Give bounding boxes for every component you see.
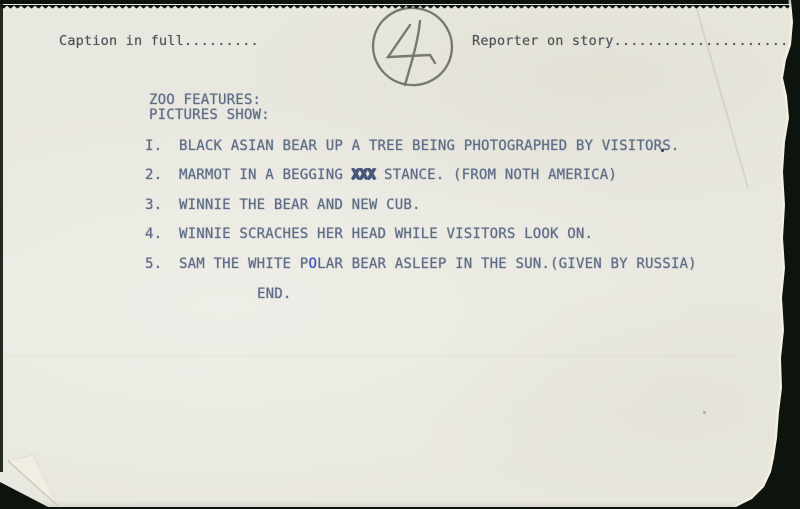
item-number: 2. bbox=[145, 167, 179, 183]
caption-list-item: I.BLACK ASIAN BEAR UP A TREE BEING PHOTO… bbox=[145, 138, 679, 154]
item-text: STANCE. (FROM NOTH AMERICA) bbox=[375, 167, 617, 183]
item-text: WINNIE THE BEAR AND NEW CUB. bbox=[179, 197, 421, 213]
item-text: WINNIE SCRACHES HER HEAD WHILE VISITORS … bbox=[179, 226, 593, 242]
paper-crease bbox=[0, 356, 740, 357]
scanned-caption-sheet: Caption in full......... Reporter on sto… bbox=[0, 0, 800, 509]
torn-right-edge bbox=[720, 0, 800, 509]
handwritten-page-number-annotation bbox=[355, 0, 467, 100]
item-number: 3. bbox=[145, 197, 179, 213]
blue-ink-letter: O bbox=[308, 256, 317, 272]
item-number: 5. bbox=[145, 256, 179, 272]
paper-speck bbox=[703, 411, 706, 414]
scan-edge-left bbox=[0, 0, 3, 472]
item-text: LAR BEAR ASLEEP IN THE SUN.(GIVEN BY RUS… bbox=[317, 256, 697, 272]
perforated-top-edge bbox=[0, 0, 800, 9]
typed-title-line-2: PICTURES SHOW: bbox=[149, 107, 270, 123]
folded-bottom-left-corner bbox=[0, 449, 70, 509]
caption-list-item: 3.WINNIE THE BEAR AND NEW CUB. bbox=[145, 197, 421, 213]
item-number: I. bbox=[145, 138, 179, 154]
end-label: END. bbox=[257, 286, 292, 302]
typed-strikeover-text: XXX bbox=[352, 167, 376, 183]
item-text: BLACK ASIAN BEAR UP A TREE BEING PHOTOGR… bbox=[179, 138, 679, 154]
item-text: MARMOT IN A BEGGING bbox=[179, 167, 352, 183]
item-text: SAM THE WHITE P bbox=[179, 256, 308, 272]
typed-title-line-1: ZOO FEATURES: bbox=[149, 92, 261, 108]
caption-list-item: 4.WINNIE SCRACHES HER HEAD WHILE VISITOR… bbox=[145, 226, 593, 242]
caption-list-item: 5.SAM THE WHITE POLAR BEAR ASLEEP IN THE… bbox=[145, 256, 697, 272]
caption-list-item: 2.MARMOT IN A BEGGING XXX STANCE. (FROM … bbox=[145, 167, 617, 183]
caption-in-full-label: Caption in full......... bbox=[59, 33, 259, 49]
item-number: 4. bbox=[145, 226, 179, 242]
